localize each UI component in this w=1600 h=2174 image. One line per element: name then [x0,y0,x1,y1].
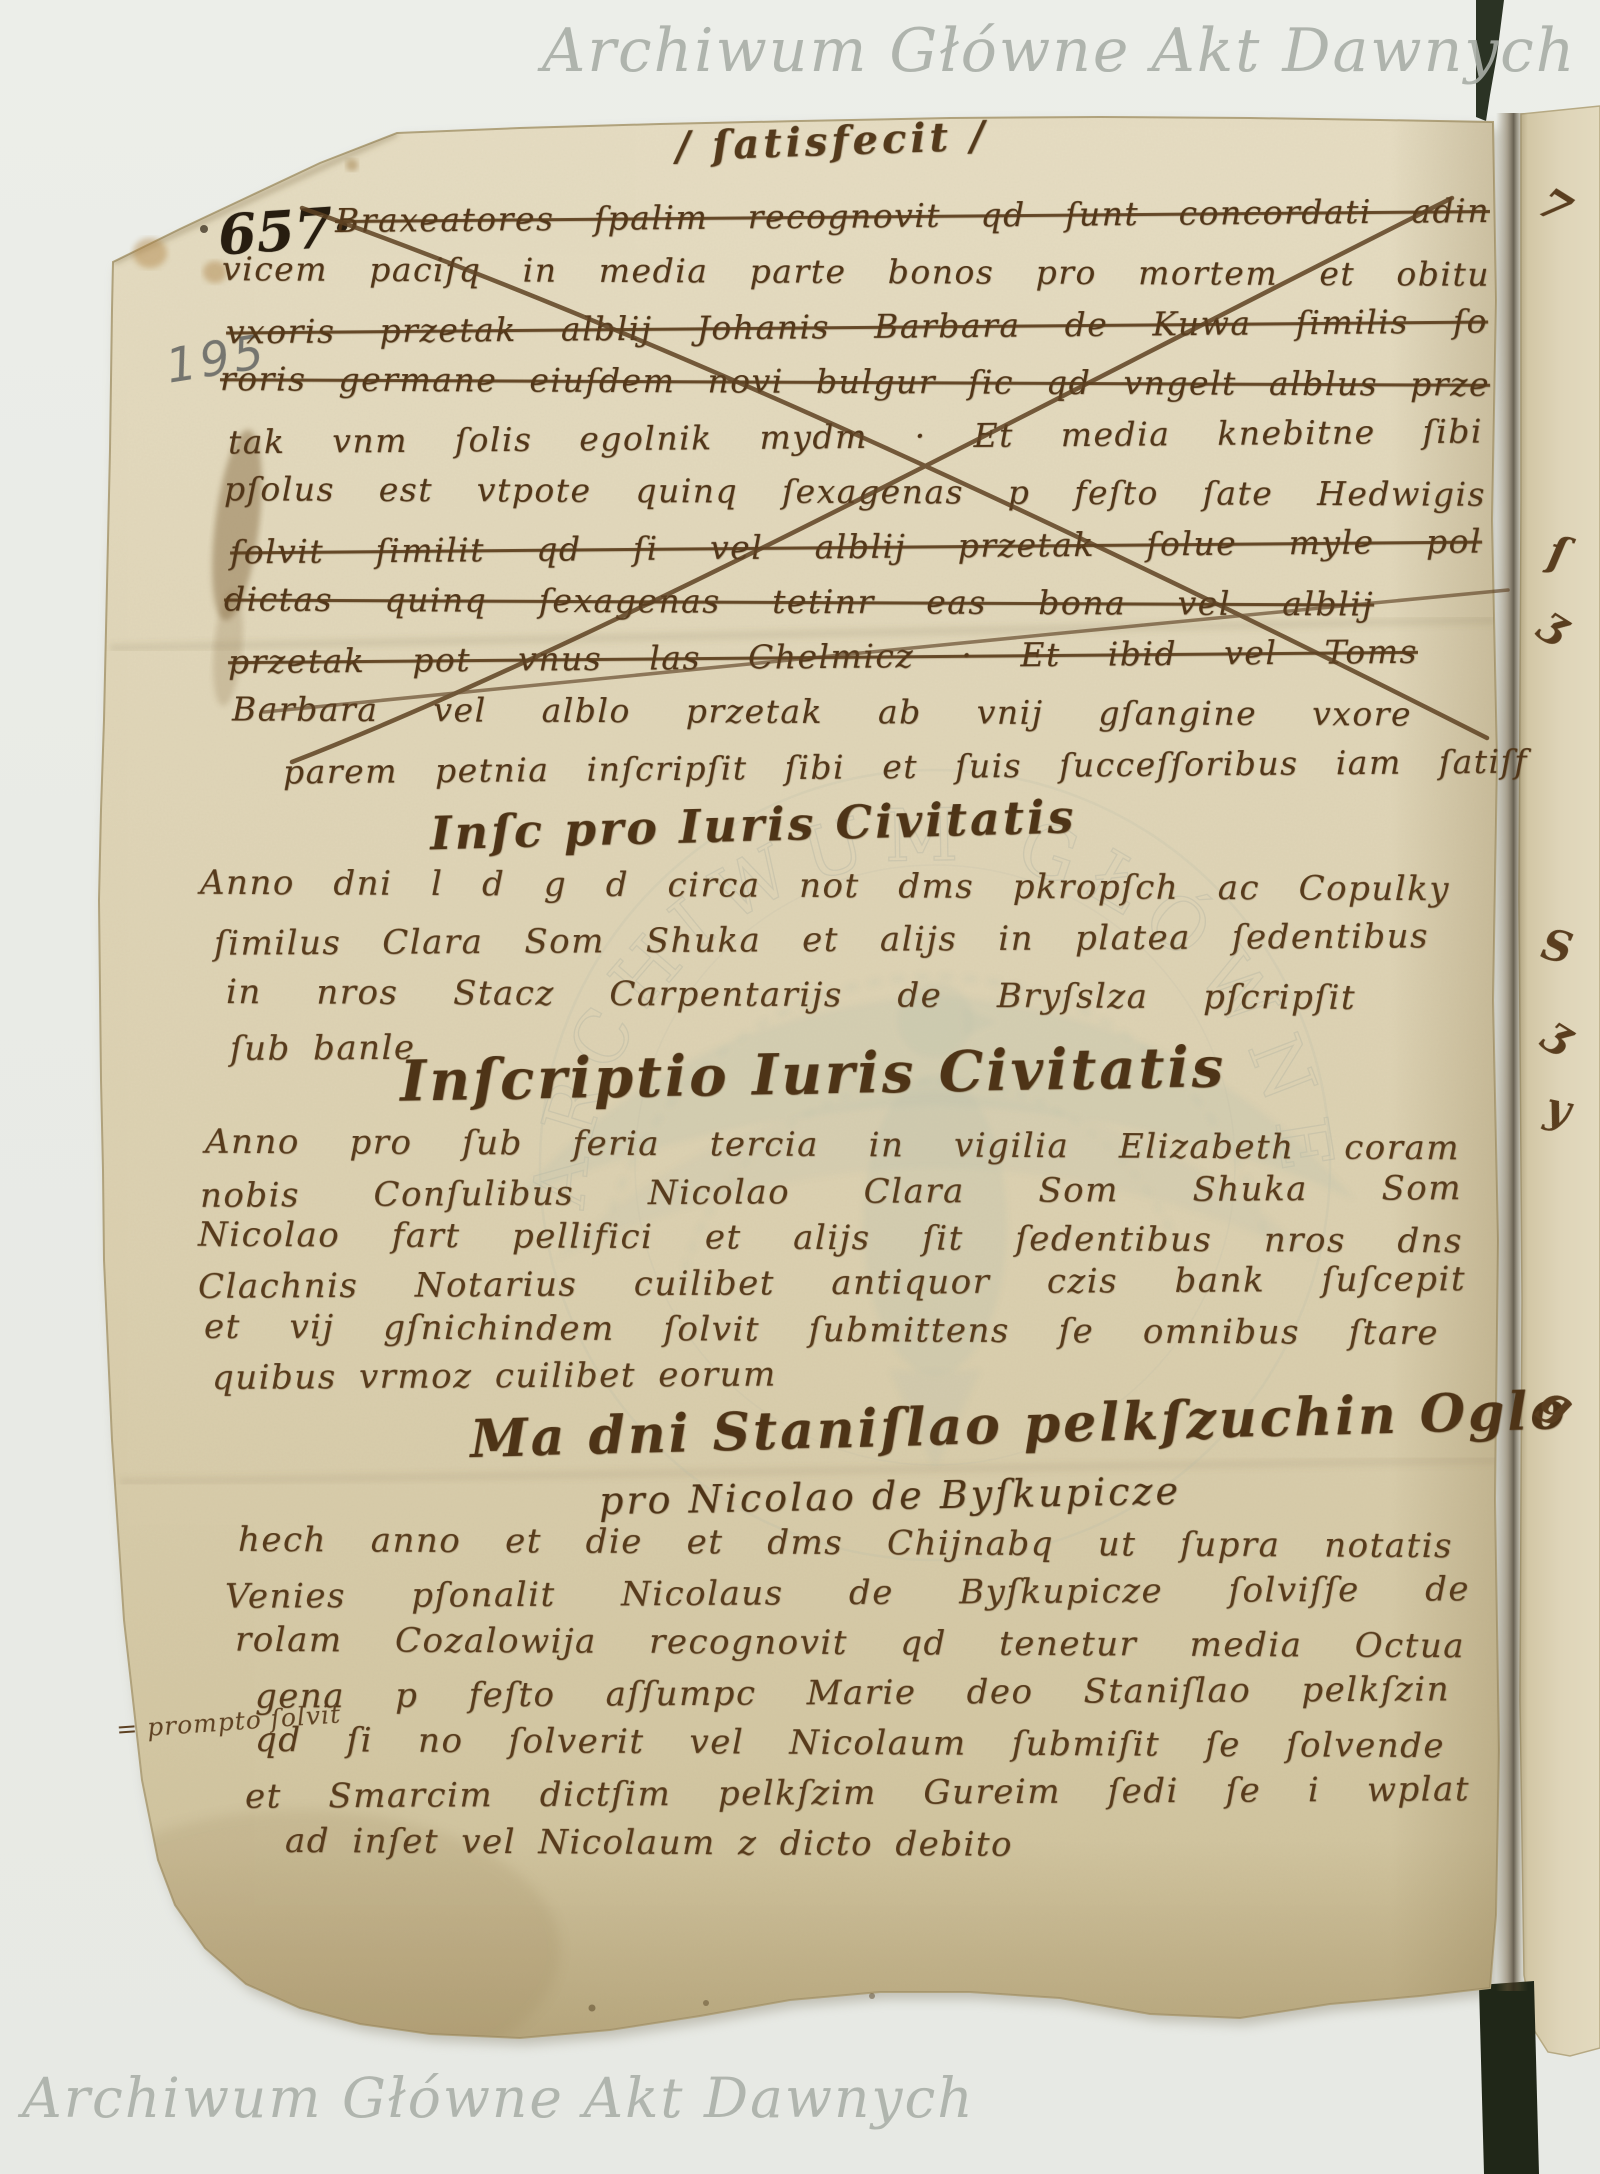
manuscript-line: Clachnis Notarius cuilibet antiquor czis… [198,1259,1466,1307]
manuscript-text-layer: 657· 195 / ſatisfecit / Braxeatores ſpal… [0,0,1600,2174]
manuscript-line: qd ſi no ſolverit vel Nicolaum ſubmiſit … [255,1720,1445,1766]
manuscript-line: Braxeatores ſpalim recognovit qd ſunt co… [335,191,1490,240]
manuscript-line: tak vnm ſolis egolnik mydm · Et media kn… [228,412,1483,462]
manuscript-line: nobis Conſulibus Nicolao Clara Som Shuka… [200,1168,1462,1216]
manuscript-line: Anno pro ſub feria tercia in vigilia Eli… [205,1122,1460,1169]
entry-heading: Ma dni Staniſlao pelkſzuchin Oglo [469,1383,1470,1470]
manuscript-line: ad inſet vel Nicolaum z dicto debito [285,1821,1085,1865]
facing-page-stroke: S [1537,919,1577,973]
manuscript-line: rolam Cozalowija recognovit qd tenetur m… [235,1620,1465,1666]
facing-page-stroke: 7 [1529,178,1580,235]
manuscript-line: ſolvit ſimilit qd ſi vel alblij przetak … [230,522,1482,572]
manuscript-line: parem petnia inſcripſit ſibi et ſuis ſuc… [283,742,1528,792]
manuscript-line: et Smarcim dictſim pelkſzim Gureim ſedi … [245,1769,1470,1816]
manuscript-scan: ARCHIWUM GŁÓWNE AKT DAWNYCH [0,0,1600,2174]
manuscript-line: Nicolao fart pellifici et alijs ſit ſede… [198,1215,1463,1262]
manuscript-line: pſolus est vtpote quinq ſexagenas p feſt… [224,469,1486,514]
facing-page-stroke: ʒ [1534,595,1580,649]
manuscript-line: dictas quinq ſexagenas tetinr eas bona v… [224,579,1374,623]
manuscript-line: przetak pot vnus las Chelmicz · Et ibid … [228,632,1418,681]
manuscript-line: gena p feſto aſſumpc Marie deo Staniſlao… [255,1669,1450,1716]
manuscript-line: vicem paciſq in media parte bonos pro mo… [222,249,1490,294]
entry-heading: Inſc pro Iuris Civitatis [429,790,1070,861]
manuscript-line: in nros Stacz Carpentarijs de Bryſslza p… [226,972,1356,1018]
manuscript-line: hech anno et die et dms Chijnabq ut ſupr… [238,1520,1453,1566]
manuscript-line: Anno dni l d g d circa not dms pkropſch … [200,863,1450,910]
manuscript-line: ſimilus Clara Som Shuka et alijs in plat… [214,916,1429,963]
manuscript-line: Venies pſonalit Nicolaus de Byſkupicze ſ… [225,1569,1470,1617]
manuscript-line: quibus vrmoz cuilibet eorum [212,1354,852,1398]
entry-heading: Inſcriptio Iuris Civitatis [399,1035,1160,1114]
entry-title: / ſatisfecit / [651,112,1012,172]
facing-page-stroke: ſ [1544,527,1572,579]
facing-page-stroke: ʒ [1538,1005,1584,1059]
manuscript-line: et vij gſnichindem ſolvit ſubmittens ſe … [204,1307,1439,1353]
entry-subheading: pro Nicolao de Byſkupicze [560,1468,1221,1524]
manuscript-line: vxoris przetak alblij Johanis Barbara de… [226,301,1488,351]
manuscript-line: roris germane eiuſdem novi bulgur ſic qd… [220,359,1490,404]
facing-page-stroke: y [1541,1082,1575,1135]
manuscript-line: Barbara vel alblo przetak ab vnij gſangi… [232,689,1412,733]
